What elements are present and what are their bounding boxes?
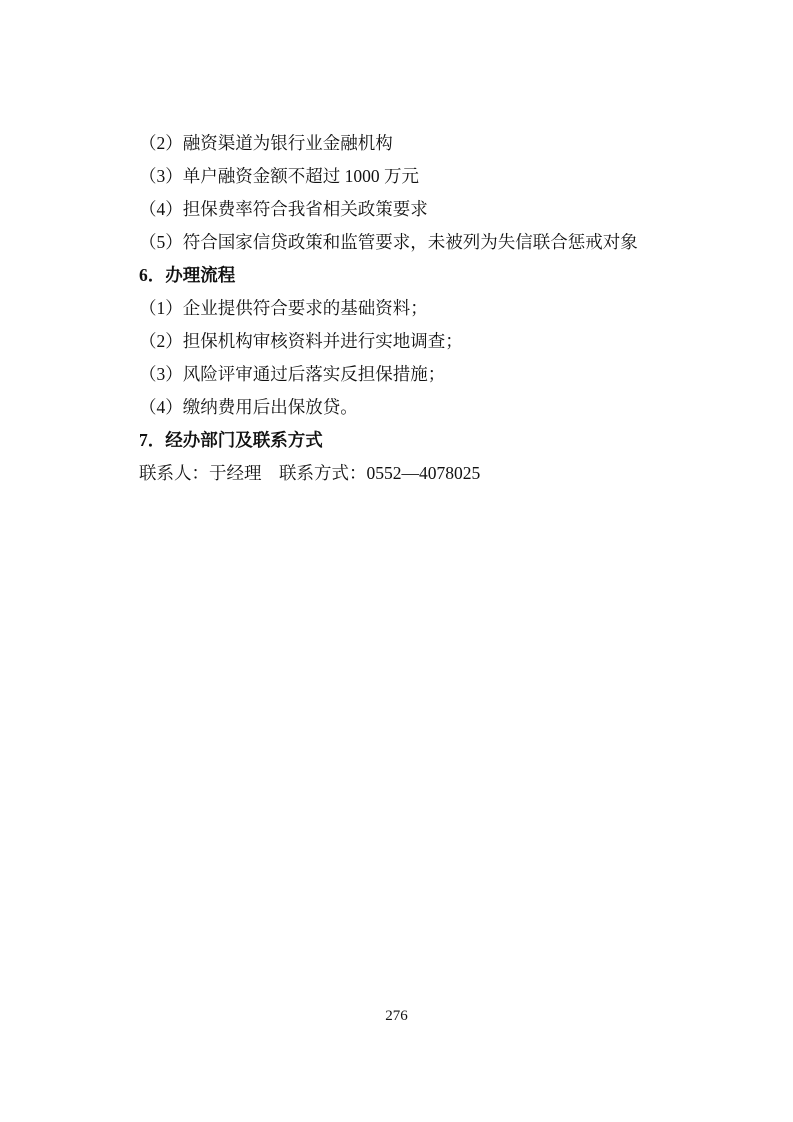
process-step-1: （1）企业提供符合要求的基础资料； (139, 297, 428, 319)
process-step-3: （3）风险评审通过后落实反担保措施； (139, 363, 445, 385)
condition-item-5: （5）符合国家信贷政策和监管要求，未被列为失信联合惩戒对象 (139, 231, 638, 253)
section-heading-contact: 7．经办部门及联系方式 (139, 429, 323, 451)
page-number: 276 (0, 1008, 793, 1025)
process-step-4: （4）缴纳费用后出保放贷。 (139, 396, 358, 418)
condition-item-2: （2）融资渠道为银行业金融机构 (139, 132, 393, 154)
condition-item-4: （4）担保费率符合我省相关政策要求 (139, 198, 428, 220)
process-step-2: （2）担保机构审核资料并进行实地调查； (139, 330, 463, 352)
section-heading-process: 6．办理流程 (139, 264, 235, 286)
condition-item-3: （3）单户融资金额不超过 1000 万元 (139, 165, 419, 187)
contact-info: 联系人：于经理 联系方式：0552—4078025 (139, 462, 480, 484)
